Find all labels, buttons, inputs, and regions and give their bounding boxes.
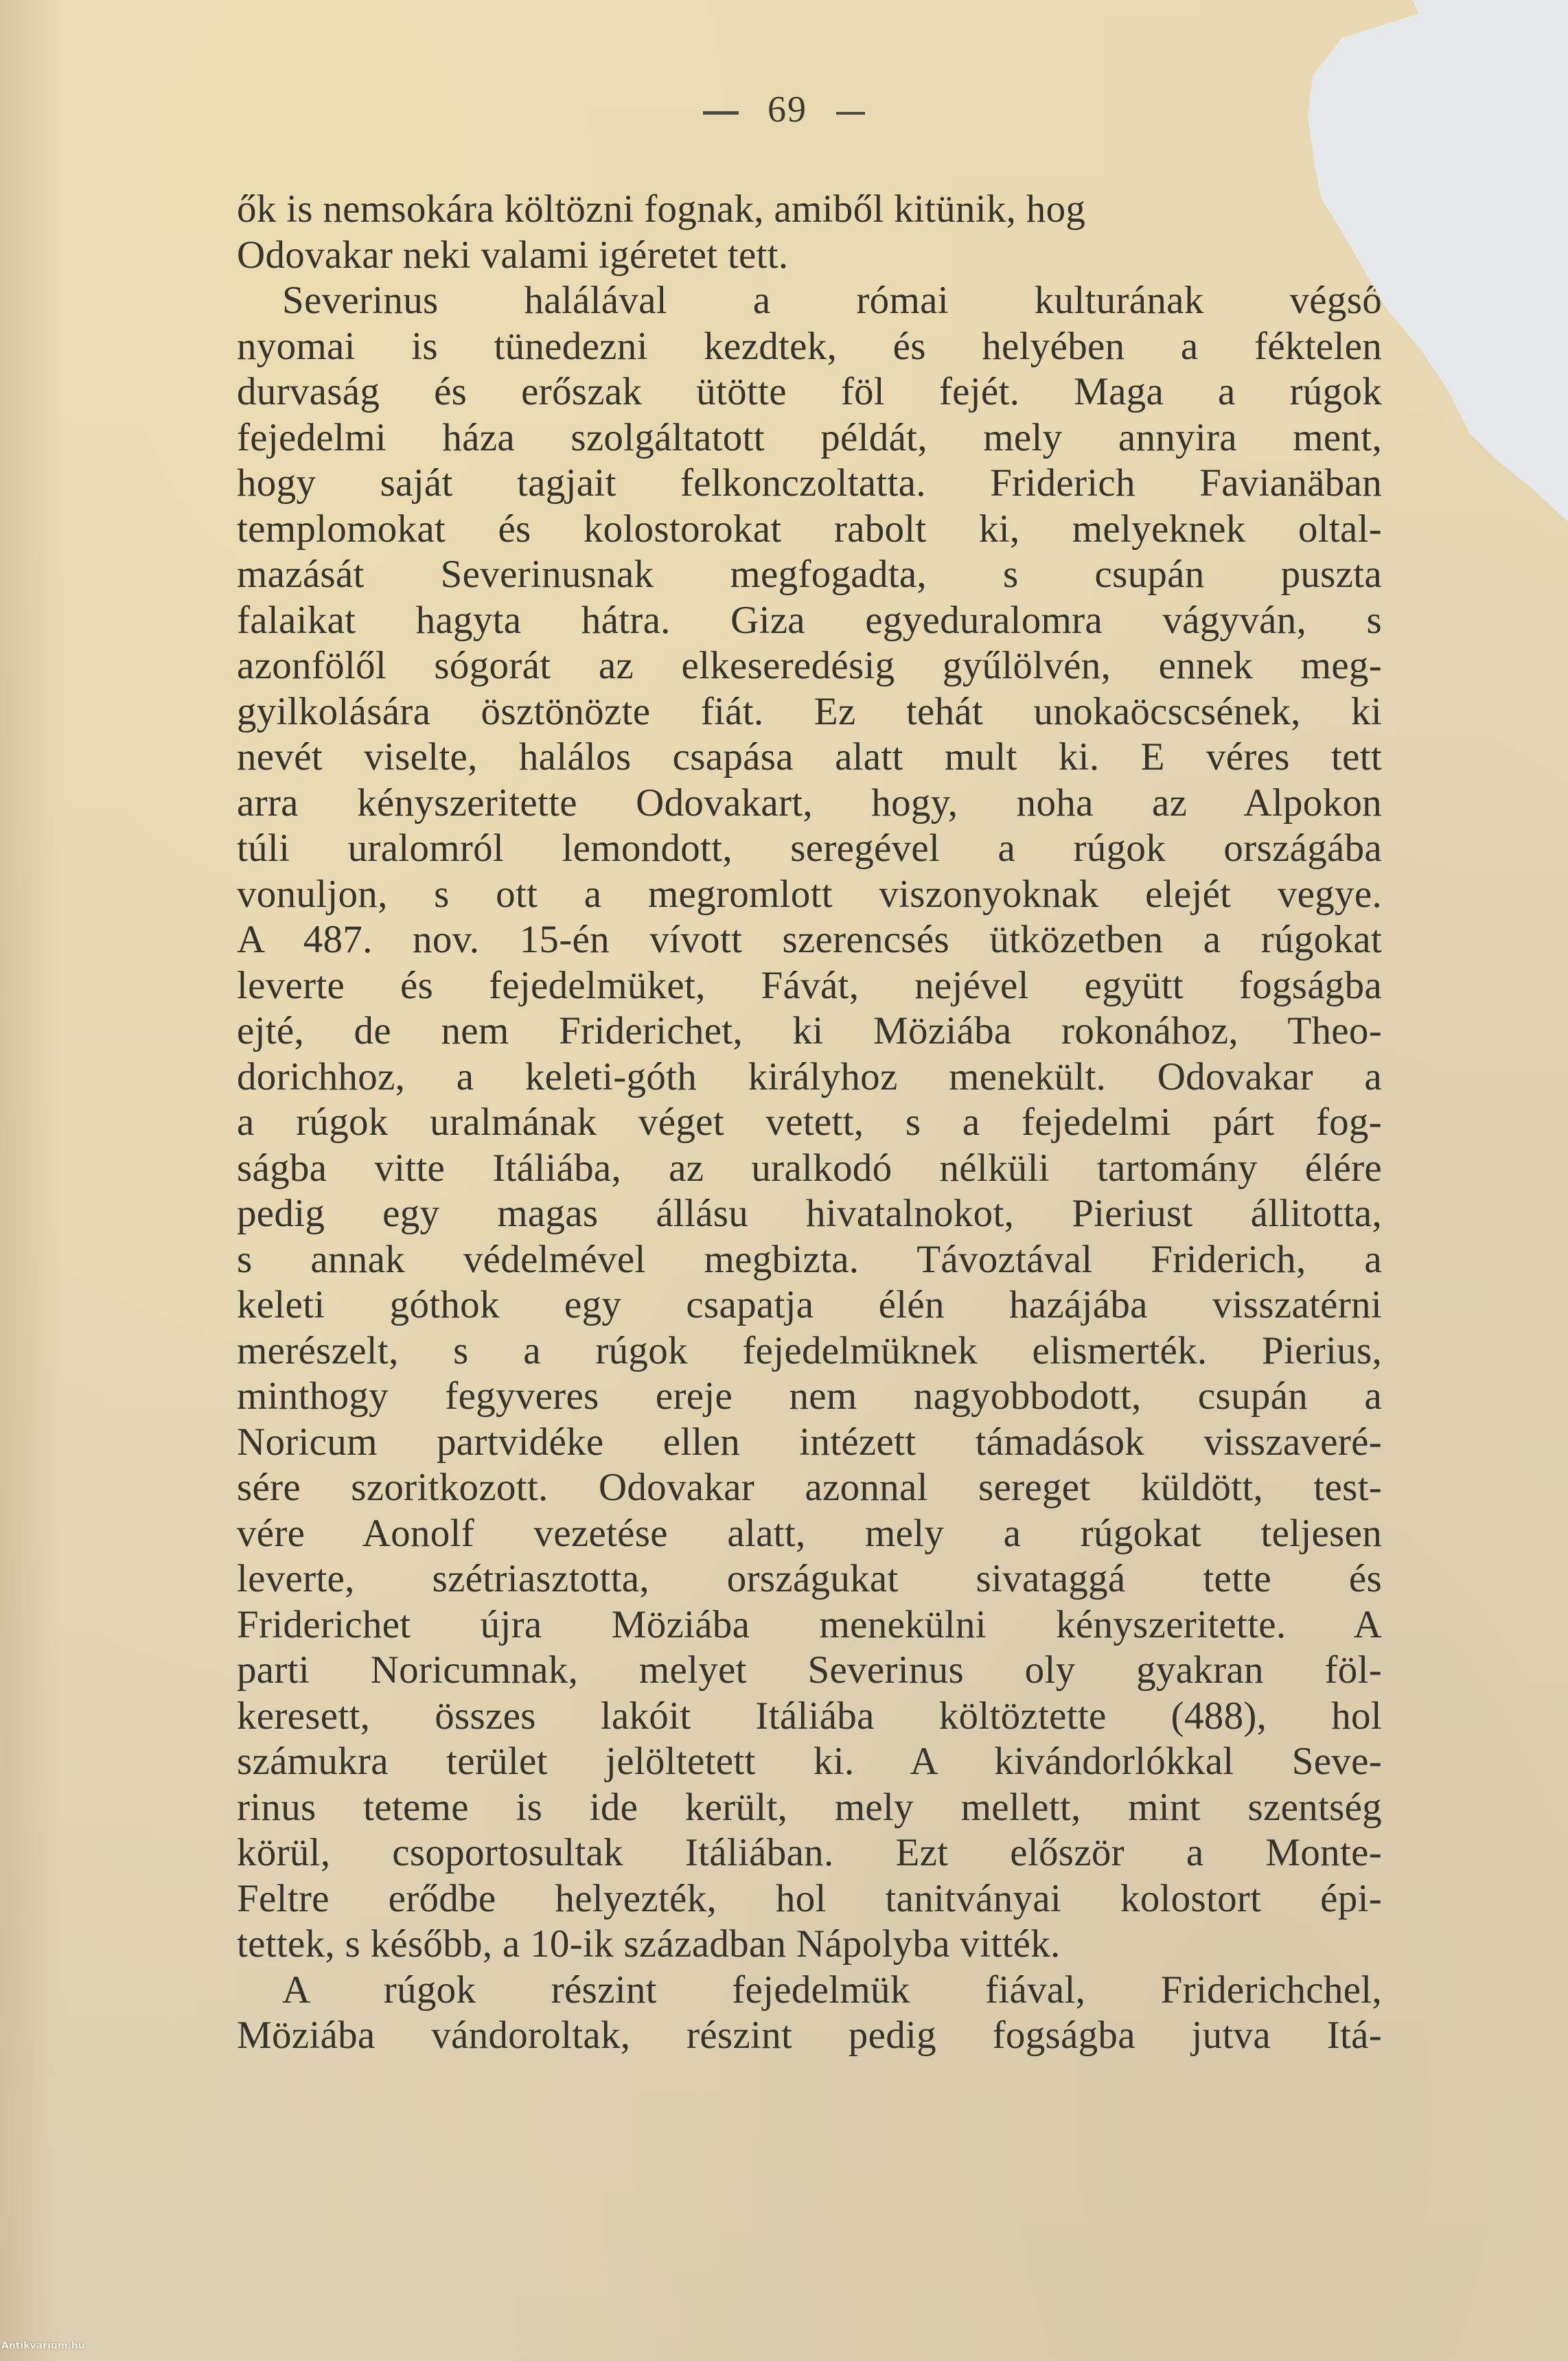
- text-line: sére szoritkozott. Odovakar azonnal sere…: [237, 1465, 1382, 1511]
- text-line: gyilkolására ösztönözte fiát. Ez tehát u…: [237, 689, 1382, 735]
- page-number-header: 69: [0, 88, 1568, 130]
- text-line: azonfölől sógorát az elkeseredésig gyűlö…: [237, 643, 1382, 689]
- text-line: rinus teteme is ide került, mely mellett…: [237, 1785, 1382, 1831]
- text-line: Odovakar neki valami igéretet tett.: [237, 233, 1382, 279]
- text-line: durvaság és erőszak ütötte föl fejét. Ma…: [237, 369, 1382, 415]
- body-text: ők is nemsokára költözni fognak, amiből …: [237, 187, 1382, 2059]
- text-line: vonuljon, s ott a megromlott viszonyokna…: [237, 872, 1382, 918]
- text-line: templomokat és kolostorokat rabolt ki, m…: [237, 507, 1382, 553]
- text-line: körül, csoportosultak Itáliában. Ezt elő…: [237, 1830, 1382, 1876]
- text-line: a rúgok uralmának véget vetett, s a feje…: [237, 1100, 1382, 1146]
- text-line: hogy saját tagjait felkonczoltatta. Frid…: [237, 461, 1382, 507]
- text-line: leverte, szétriasztotta, országukat siva…: [237, 1556, 1382, 1602]
- text-line: vére Aonolf vezetése alatt, mely a rúgok…: [237, 1511, 1382, 1557]
- text-line: falaikat hagyta hátra. Giza egyeduralomr…: [237, 598, 1382, 644]
- text-line: s annak védelmével megbizta. Távoztával …: [237, 1237, 1382, 1283]
- text-line: nevét viselte, halálos csapása alatt mul…: [237, 735, 1382, 781]
- text-line: dorichhoz, a keleti-góth királyhoz menek…: [237, 1055, 1382, 1101]
- book-page: 69 ők is nemsokára költözni fognak, amib…: [0, 0, 1568, 2361]
- text-line: Noricum partvidéke ellen intézett támadá…: [237, 1420, 1382, 1466]
- text-line: ságba vitte Itáliába, az uralkodó nélkül…: [237, 1146, 1382, 1192]
- text-line: A 487. nov. 15-én vívott szerencsés ütkö…: [237, 917, 1382, 963]
- text-line: mazását Severinusnak megfogadta, s csupá…: [237, 552, 1382, 598]
- text-line: túli uralomról lemondott, seregével a rú…: [237, 826, 1382, 872]
- text-line: minthogy fegyveres ereje nem nagyobbodot…: [237, 1374, 1382, 1420]
- text-line: A rúgok részint fejedelmük fiával, Fride…: [237, 1968, 1382, 2014]
- text-line: pedig egy magas állásu hivatalnokot, Pie…: [237, 1191, 1382, 1237]
- text-line: Severinus halálával a római kulturának v…: [237, 278, 1382, 324]
- text-line: Möziába vándoroltak, részint pedig fogsá…: [237, 2013, 1382, 2059]
- dash-right: [836, 112, 865, 115]
- dash-left: [703, 111, 739, 115]
- text-line: ők is nemsokára költözni fognak, amiből …: [237, 187, 1382, 233]
- text-line: keleti góthok egy csapatja élén hazájába…: [237, 1282, 1382, 1328]
- page-number: 69: [768, 89, 807, 130]
- text-line: leverte és fejedelmüket, Fávát, nejével …: [237, 963, 1382, 1009]
- text-line: tettek, s később, a 10-ik században Nápo…: [237, 1922, 1382, 1968]
- text-line: merészelt, s a rúgok fejedelmüknek elism…: [237, 1328, 1382, 1374]
- text-line: nyomai is tünedezni kezdtek, és helyében…: [237, 324, 1382, 370]
- text-line: fejedelmi háza szolgáltatott példát, mel…: [237, 415, 1382, 461]
- text-line: Friderichet újra Möziába menekülni kénys…: [237, 1602, 1382, 1648]
- text-line: Feltre erődbe helyezték, hol tanitványai…: [237, 1876, 1382, 1922]
- text-line: arra kényszeritette Odovakart, hogy, noh…: [237, 781, 1382, 827]
- text-line: parti Noricumnak, melyet Severinus oly g…: [237, 1648, 1382, 1694]
- watermark: Antikvarium.hu: [1, 2340, 85, 2351]
- text-line: számukra terület jelöltetett ki. A kiván…: [237, 1739, 1382, 1785]
- text-line: keresett, összes lakóit Itáliába költözt…: [237, 1694, 1382, 1740]
- text-line: ejté, de nem Friderichet, ki Möziába rok…: [237, 1009, 1382, 1055]
